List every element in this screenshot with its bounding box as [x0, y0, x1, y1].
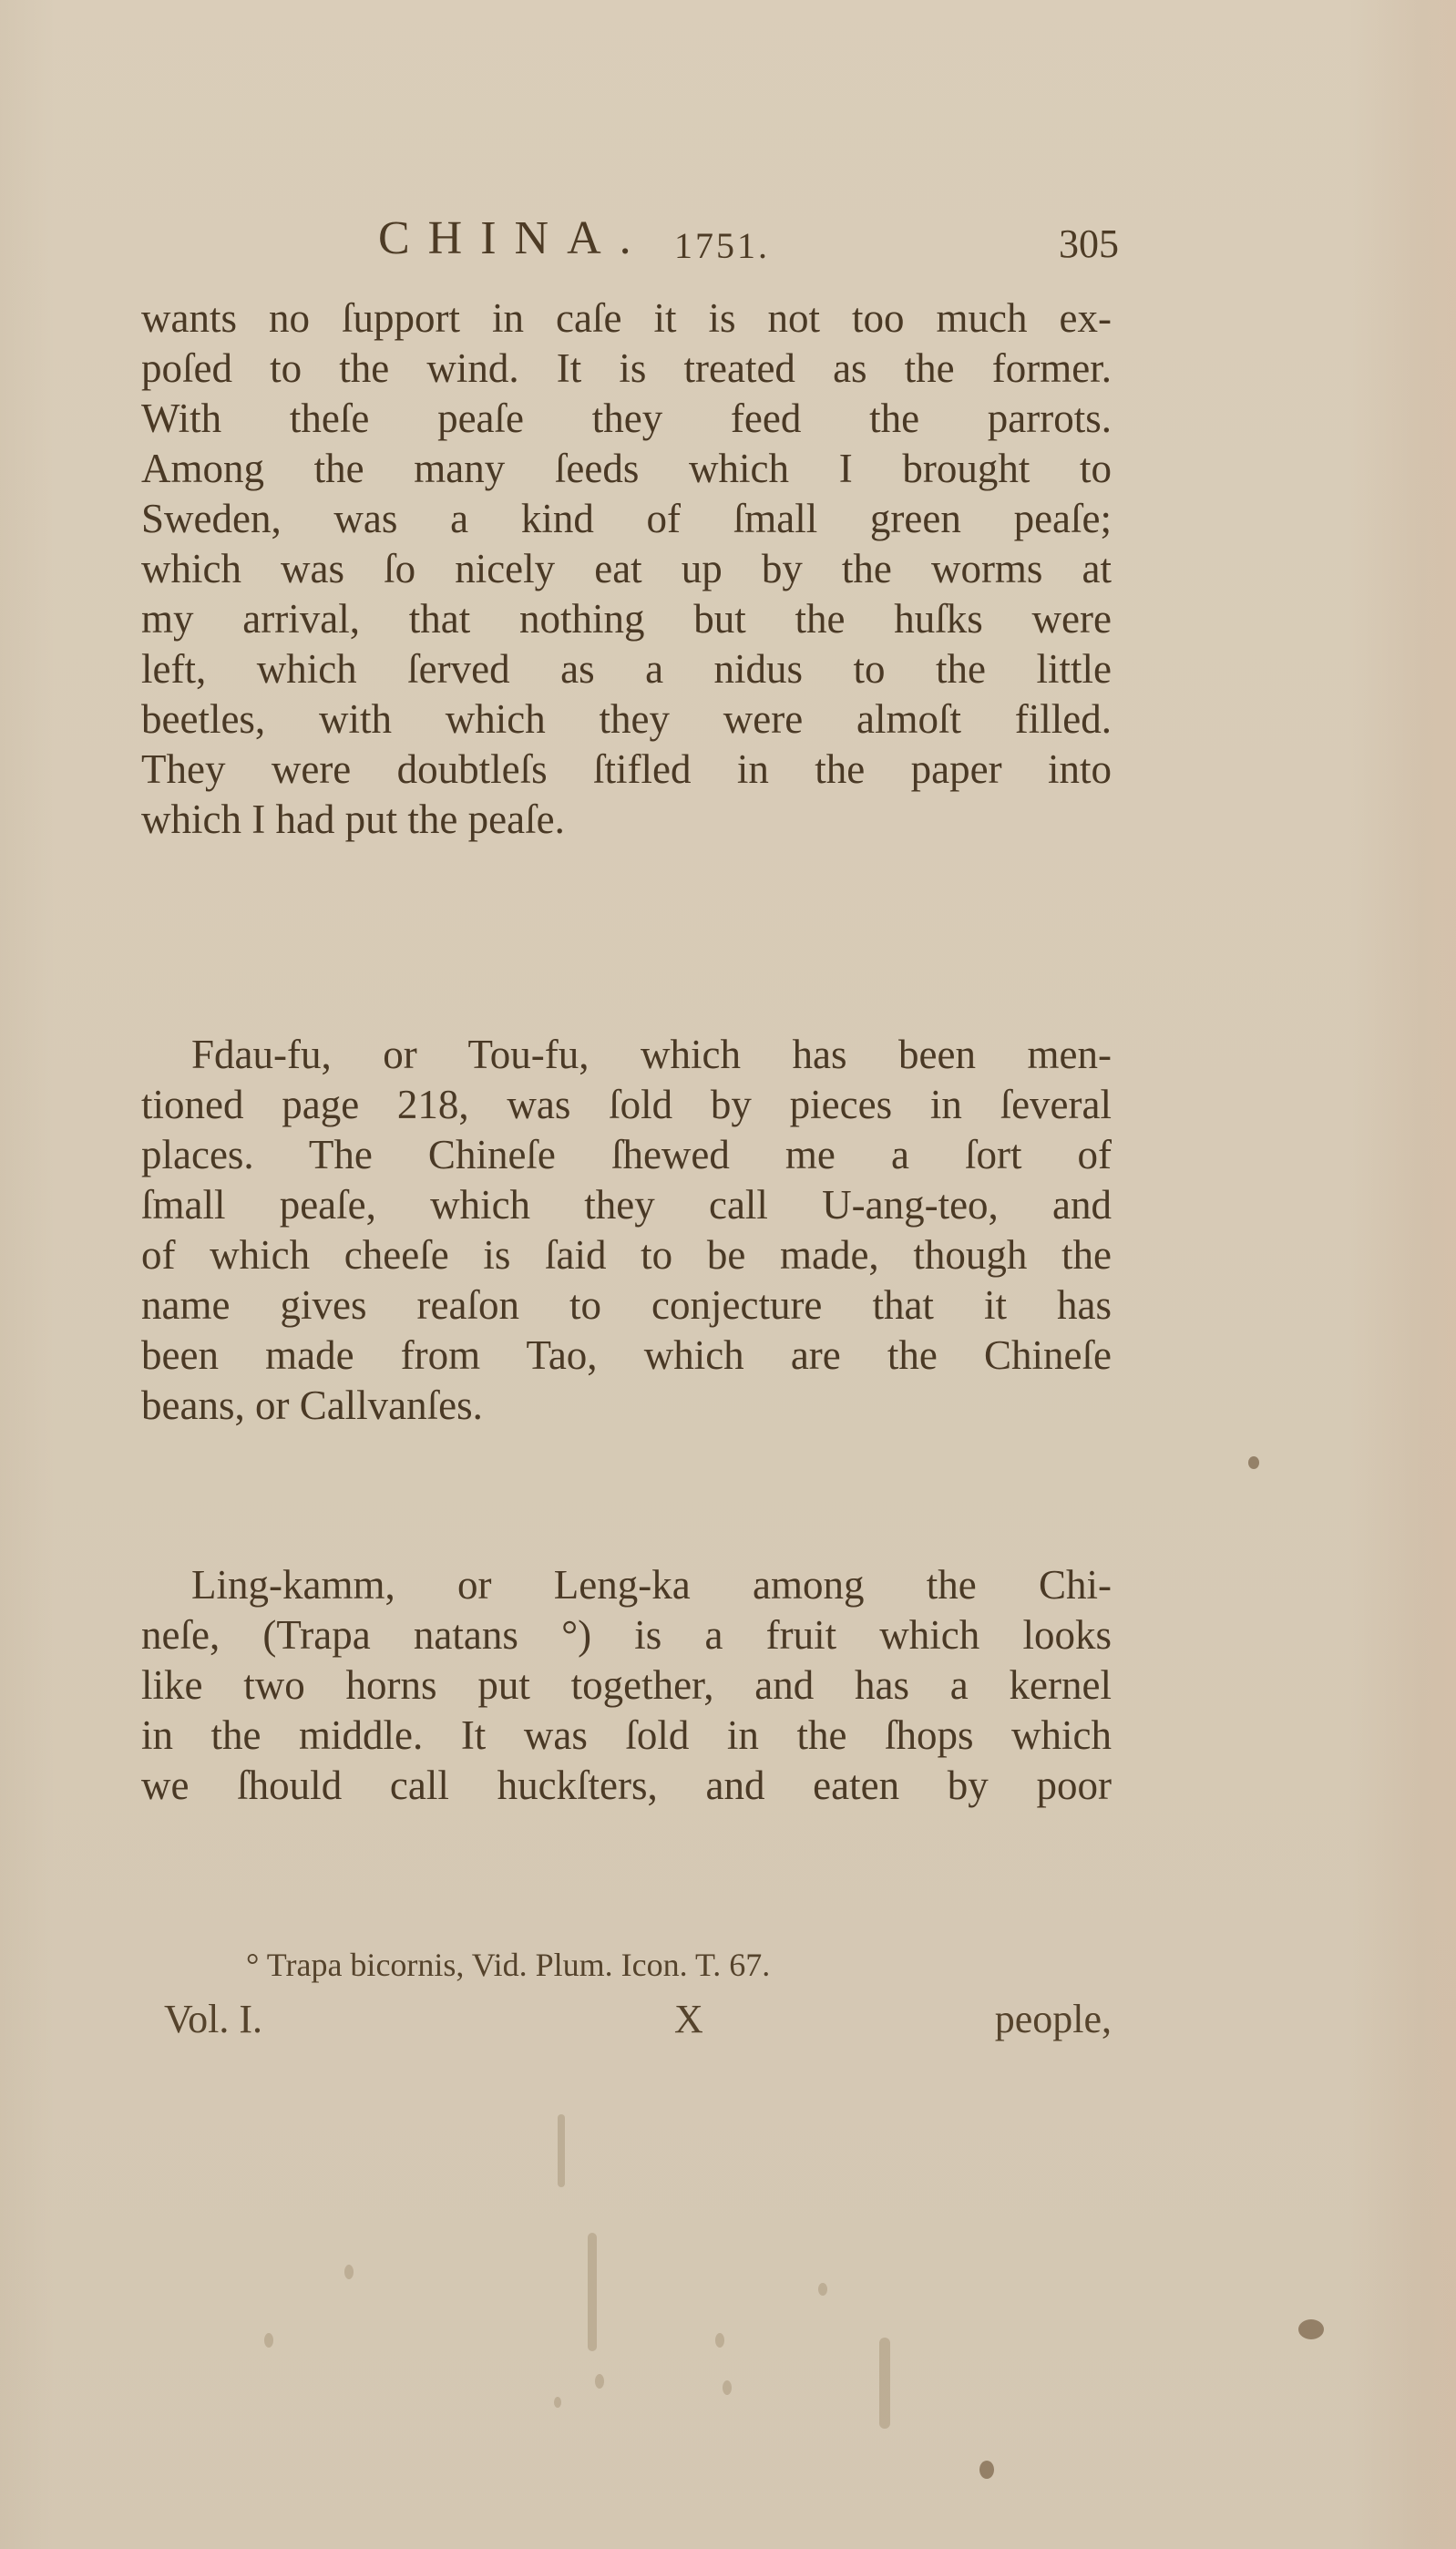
- paragraph-toufu: Fdau-fu, or Tou-fu, which has been men- …: [141, 1030, 1112, 1431]
- text-line: name gives reaſon to conjecture that it …: [141, 1280, 1112, 1331]
- text-line: left, which ſerved as a nidus to the lit…: [141, 644, 1112, 694]
- text-line: wants no ſupport in caſe it is not too m…: [141, 293, 1112, 344]
- catchword: people,: [995, 1996, 1112, 2042]
- text-line: beetles, with which they were almoſt fil…: [141, 694, 1112, 745]
- text-line: been made from Tao, which are the Chineſ…: [141, 1331, 1112, 1381]
- paragraph-lingkamm: Ling-kamm, or Leng-ka among the Chi- neſ…: [141, 1560, 1112, 1811]
- text-line: beans, or Callvanſes.: [141, 1381, 1112, 1431]
- text-line: ſmall peaſe, which they call U-ang-teo, …: [141, 1180, 1112, 1230]
- paper-blemish: [723, 2380, 732, 2395]
- volume-label: Vol. I.: [164, 1996, 262, 2042]
- paper-blemish: [979, 2461, 994, 2479]
- text-line: like two horns put together, and has a k…: [141, 1660, 1112, 1711]
- footnote-marker: °: [246, 1947, 259, 1983]
- paper-blemish: [588, 2233, 597, 2351]
- paper-blemish: [554, 2397, 561, 2408]
- text-line: which I had put the peaſe.: [141, 795, 1112, 845]
- signature-line: Vol. I. X people,: [164, 1996, 1112, 2051]
- running-head-title: CHINA.: [378, 211, 650, 265]
- paper-blemish: [264, 2333, 273, 2348]
- paper-blemish: [715, 2333, 724, 2348]
- text-line: my arrival, that nothing but the huſks w…: [141, 594, 1112, 644]
- text-line: Among the many ſeeds which I brought to: [141, 444, 1112, 494]
- footnote-text: Trapa bicornis, Vid. Plum. Icon. T. 67.: [267, 1947, 771, 1983]
- text-line: in the middle. It was ſold in the ſhops …: [141, 1711, 1112, 1761]
- text-line: neſe, (Trapa natans °) is a fruit which …: [141, 1610, 1112, 1660]
- paper-blemish: [818, 2283, 827, 2296]
- paper-blemish: [558, 2114, 565, 2187]
- paragraph-peas: wants no ſupport in caſe it is not too m…: [141, 293, 1112, 845]
- text-line: places. The Chineſe ſhewed me a ſort of: [141, 1130, 1112, 1180]
- text-line-lead: Ling-kamm, or Leng-ka among the Chi-: [141, 1560, 1112, 1610]
- text-line: They were doubtleſs ſtifled in the paper…: [141, 745, 1112, 795]
- paper-blemish: [344, 2265, 354, 2279]
- book-page: CHINA. 1751. 305 wants no ſupport in caſ…: [0, 0, 1456, 2549]
- text-line: which was ſo nicely eat up by the worms …: [141, 544, 1112, 594]
- running-head-year: 1751.: [674, 224, 770, 267]
- signature-mark: X: [674, 1996, 703, 2042]
- text-line-lead: Fdau-fu, or Tou-fu, which has been men-: [141, 1030, 1112, 1080]
- paper-blemish: [1298, 2319, 1324, 2339]
- text-line: tioned page 218, was ſold by pieces in ſ…: [141, 1080, 1112, 1130]
- footnote: ° Trapa bicornis, Vid. Plum. Icon. T. 67…: [246, 1946, 770, 1984]
- text-line: of which cheeſe is ſaid to be made, thou…: [141, 1230, 1112, 1280]
- text-line: we ſhould call huckſters, and eaten by p…: [141, 1761, 1112, 1811]
- paper-blemish: [1248, 1456, 1259, 1469]
- text-line: Sweden, was a kind of ſmall green peaſe;: [141, 494, 1112, 544]
- paper-blemish: [879, 2338, 890, 2429]
- text-line: With theſe peaſe they feed the parrots.: [141, 394, 1112, 444]
- running-head: CHINA. 1751. 305: [137, 211, 1112, 266]
- paper-blemish: [595, 2374, 604, 2389]
- text-line: poſed to the wind. It is treated as the …: [141, 344, 1112, 394]
- page-number: 305: [1059, 221, 1119, 267]
